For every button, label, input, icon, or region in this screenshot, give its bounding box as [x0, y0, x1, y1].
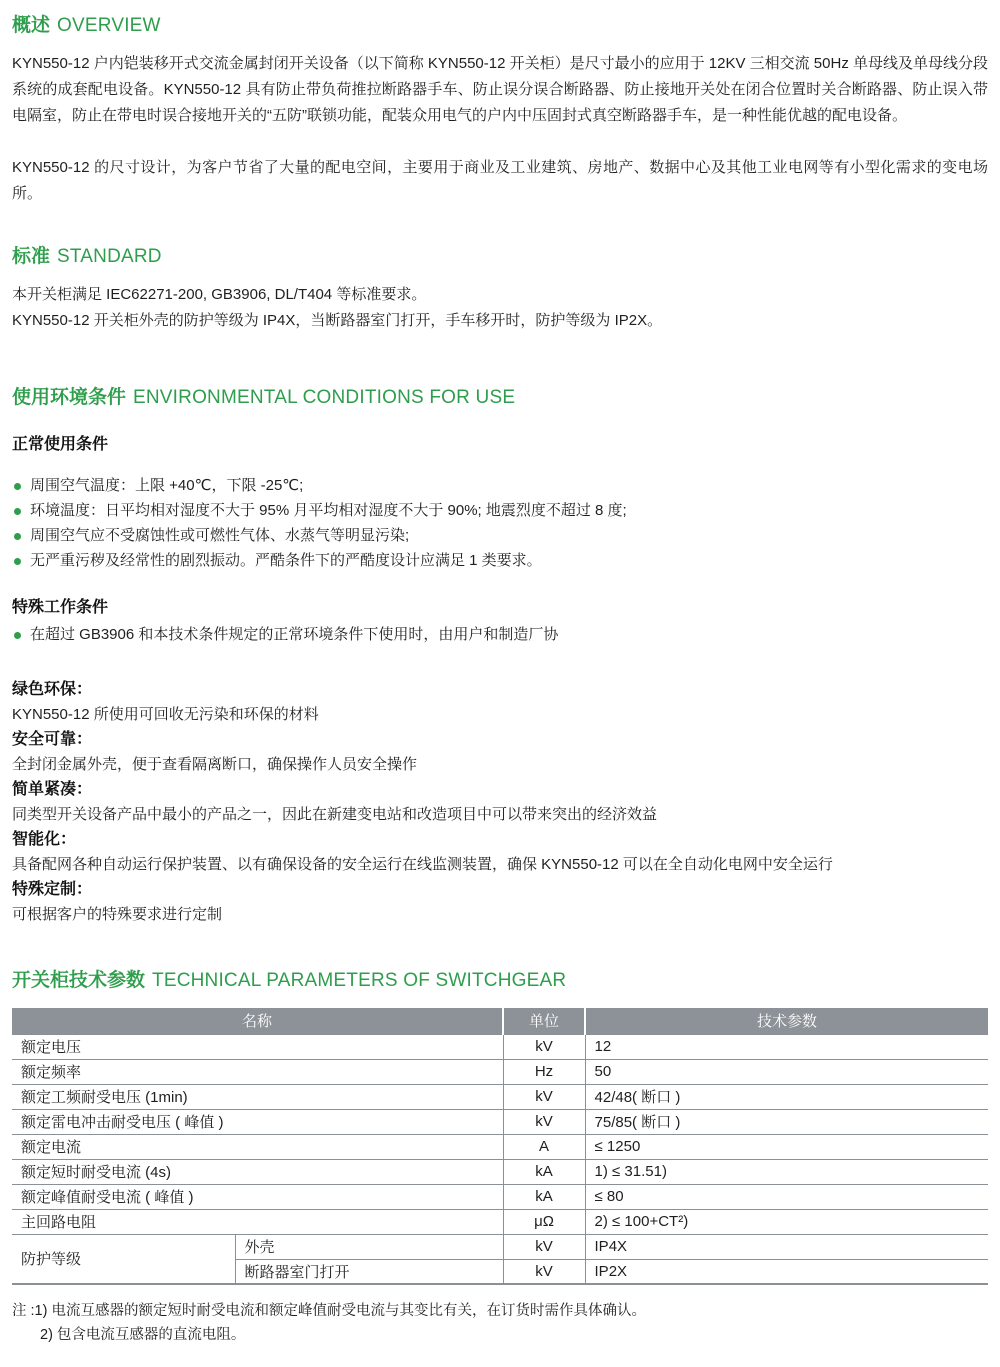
feature-label: 特殊定制： — [12, 877, 988, 902]
feature-text: 同类型开关设备产品中最小的产品之一，因此在新建变电站和改造项目中可以带来突出的经… — [12, 802, 988, 827]
list-item: 无严重污秽及经常性的剧烈振动。严酷条件下的严酷度设计应满足 1 类要求。 — [12, 549, 988, 573]
column-header-value: 技术参数 — [585, 1008, 988, 1034]
section-title-environment: 使用环境条件ENVIRONMENTAL CONDITIONS FOR USE — [12, 386, 988, 410]
bullet-icon — [14, 632, 21, 639]
table-row: 额定峰值耐受电流 ( 峰值 ) kA ≤ 80 — [12, 1184, 988, 1209]
note-line: 2) 包含电流互感器的直流电阻。 — [12, 1323, 988, 1347]
cell-name: 额定电流 — [12, 1134, 503, 1159]
table-row: 防护等级 外壳 kV IP4X — [12, 1234, 988, 1259]
special-conditions-heading: 特殊工作条件 — [12, 597, 988, 619]
cell-unit: kV — [503, 1234, 585, 1259]
overview-title-zh: 概述 — [12, 15, 50, 36]
cell-value: 12 — [585, 1034, 988, 1059]
cell-unit: kV — [503, 1084, 585, 1109]
cell-value: 2) ≤ 100+CT²) — [585, 1209, 988, 1234]
table-row: 额定电压 kV 12 — [12, 1034, 988, 1059]
list-item-text: 周围空气温度：上限 +40℃，下限 -25℃; — [30, 474, 303, 498]
feature-text: 具备配网各种自动运行保护装置、以有确保设备的安全运行在线监测装置，确保 KYN5… — [12, 852, 988, 877]
cell-value: 1) ≤ 31.51) — [585, 1159, 988, 1184]
list-item-text: 无严重污秽及经常性的剧烈振动。严酷条件下的严酷度设计应满足 1 类要求。 — [30, 549, 542, 573]
cell-unit: kV — [503, 1034, 585, 1059]
bullet-icon — [14, 558, 21, 565]
standard-title-zh: 标准 — [12, 246, 50, 267]
section-title-parameters: 开关柜技术参数TECHNICAL PARAMETERS OF SWITCHGEA… — [12, 969, 988, 993]
feature-label: 绿色环保： — [12, 677, 988, 702]
cell-name: 额定雷电冲击耐受电压 ( 峰值 ) — [12, 1109, 503, 1134]
standard-text: 本开关柜满足 IEC62271-200, GB3906, DL/T404 等标准… — [12, 282, 988, 334]
table-row: 额定雷电冲击耐受电压 ( 峰值 ) kV 75/85( 断口 ) — [12, 1109, 988, 1134]
parameters-title-zh: 开关柜技术参数 — [12, 970, 145, 991]
cell-subname: 外壳 — [235, 1234, 503, 1259]
bullet-icon — [14, 508, 21, 515]
table-notes: 注 :1) 电流互感器的额定短时耐受电流和额定峰值耐受电流与其变比有关，在订货时… — [12, 1299, 988, 1347]
cell-subname: 断路器室门打开 — [235, 1259, 503, 1284]
feature-label: 安全可靠： — [12, 727, 988, 752]
feature-label: 智能化： — [12, 827, 988, 852]
cell-value: IP4X — [585, 1234, 988, 1259]
cell-unit: kA — [503, 1159, 585, 1184]
cell-name: 额定峰值耐受电流 ( 峰值 ) — [12, 1184, 503, 1209]
cell-value: 42/48( 断口 ) — [585, 1084, 988, 1109]
section-title-overview: 概述OVERVIEW — [12, 14, 988, 38]
list-item: 周围空气应不受腐蚀性或可燃性气体、水蒸气等明显污染; — [12, 524, 988, 548]
normal-conditions-list: 周围空气温度：上限 +40℃，下限 -25℃; 环境温度：日平均相对湿度不大于 … — [12, 474, 988, 573]
feature-label: 简单紧凑： — [12, 777, 988, 802]
cell-unit: kV — [503, 1259, 585, 1284]
normal-conditions-heading: 正常使用条件 — [12, 434, 988, 456]
list-item-text: 在超过 GB3906 和本技术条件规定的正常环境条件下使用时，由用户和制造厂协 — [30, 623, 558, 647]
column-header-name: 名称 — [12, 1008, 503, 1034]
standard-title-en: STANDARD — [57, 246, 162, 267]
feature-text: KYN550-12 所使用可回收无污染和环保的材料 — [12, 702, 988, 727]
cell-protection-label: 防护等级 — [12, 1234, 235, 1284]
list-item: 周围空气温度：上限 +40℃，下限 -25℃; — [12, 474, 988, 498]
document-page: 概述OVERVIEW KYN550-12 户内铠装移开式交流金属封闭开关设备（以… — [0, 0, 1000, 1367]
list-item: 在超过 GB3906 和本技术条件规定的正常环境条件下使用时，由用户和制造厂协 — [12, 623, 988, 647]
special-conditions-list: 在超过 GB3906 和本技术条件规定的正常环境条件下使用时，由用户和制造厂协 — [12, 623, 988, 647]
cell-name: 额定短时耐受电流 (4s) — [12, 1159, 503, 1184]
table-header-row: 名称 单位 技术参数 — [12, 1008, 988, 1034]
cell-unit: A — [503, 1134, 585, 1159]
cell-value: 75/85( 断口 ) — [585, 1109, 988, 1134]
cell-unit: kV — [503, 1109, 585, 1134]
parameters-title-en: TECHNICAL PARAMETERS OF SWITCHGEAR — [152, 970, 566, 991]
cell-unit: μΩ — [503, 1209, 585, 1234]
feature-text: 全封闭金属外壳，便于查看隔离断口，确保操作人员安全操作 — [12, 752, 988, 777]
list-item-text: 周围空气应不受腐蚀性或可燃性气体、水蒸气等明显污染; — [30, 524, 409, 548]
cell-value: 50 — [585, 1059, 988, 1084]
cell-unit: Hz — [503, 1059, 585, 1084]
cell-name: 额定电压 — [12, 1034, 503, 1059]
cell-value: ≤ 80 — [585, 1184, 988, 1209]
feature-text: 可根据客户的特殊要求进行定制 — [12, 902, 988, 927]
overview-title-en: OVERVIEW — [57, 15, 161, 36]
cell-name: 主回路电阻 — [12, 1209, 503, 1234]
standard-line: KYN550-12 开关柜外壳的防护等级为 IP4X，当断路器室门打开，手车移开… — [12, 308, 988, 334]
overview-paragraph-2: KYN550-12 的尺寸设计，为客户节省了大量的配电空间，主要用于商业及工业建… — [12, 155, 988, 207]
bullet-icon — [14, 483, 21, 490]
parameters-table: 名称 单位 技术参数 额定电压 kV 12 额定频率 Hz 50 额定工频耐受电… — [12, 1008, 988, 1285]
list-item: 环境温度：日平均相对湿度不大于 95% 月平均相对湿度不大于 90%; 地震烈度… — [12, 499, 988, 523]
note-line: 注 :1) 电流互感器的额定短时耐受电流和额定峰值耐受电流与其变比有关，在订货时… — [12, 1299, 988, 1323]
cell-value: IP2X — [585, 1259, 988, 1284]
table-row: 额定工频耐受电压 (1min) kV 42/48( 断口 ) — [12, 1084, 988, 1109]
bullet-icon — [14, 533, 21, 540]
section-title-standard: 标准STANDARD — [12, 245, 988, 269]
cell-unit: kA — [503, 1184, 585, 1209]
table-row: 额定短时耐受电流 (4s) kA 1) ≤ 31.51) — [12, 1159, 988, 1184]
feature-list: 绿色环保： KYN550-12 所使用可回收无污染和环保的材料 安全可靠： 全封… — [12, 677, 988, 927]
table-row: 额定频率 Hz 50 — [12, 1059, 988, 1084]
cell-name: 额定工频耐受电压 (1min) — [12, 1084, 503, 1109]
environment-title-en: ENVIRONMENTAL CONDITIONS FOR USE — [133, 387, 515, 408]
overview-paragraph-1: KYN550-12 户内铠装移开式交流金属封闭开关设备（以下简称 KYN550-… — [12, 51, 988, 129]
cell-name: 额定频率 — [12, 1059, 503, 1084]
environment-title-zh: 使用环境条件 — [12, 387, 126, 408]
table-row: 主回路电阻 μΩ 2) ≤ 100+CT²) — [12, 1209, 988, 1234]
cell-value: ≤ 1250 — [585, 1134, 988, 1159]
table-row: 额定电流 A ≤ 1250 — [12, 1134, 988, 1159]
list-item-text: 环境温度：日平均相对湿度不大于 95% 月平均相对湿度不大于 90%; 地震烈度… — [30, 499, 627, 523]
column-header-unit: 单位 — [503, 1008, 585, 1034]
standard-line: 本开关柜满足 IEC62271-200, GB3906, DL/T404 等标准… — [12, 282, 988, 308]
